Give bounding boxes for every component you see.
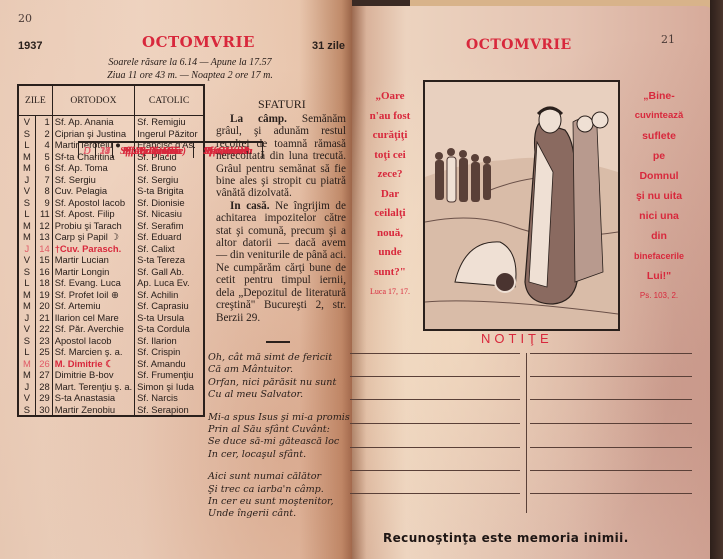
calendar-row: M6Sf. Ap. TomaSf. Bruno	[18, 162, 204, 174]
orthodox-saint: Sf. Ap. Toma	[52, 162, 134, 174]
weekday: S	[18, 404, 35, 416]
calendar-row: M12Probiu şi TarachSf. Serafim	[18, 220, 204, 232]
day-number: 8	[35, 185, 52, 197]
orthodox-saint: †Cuv. Parasch.	[52, 243, 134, 255]
catholic-saint: Ap. Luca Ev.	[135, 277, 204, 289]
calendar-header: ZILE ORTODOX CATOLIC	[18, 85, 204, 116]
day-number: 15	[35, 254, 52, 266]
poem-line: Aici sunt numai călător	[208, 471, 353, 483]
orthodox-saint: Sf. Ap. Anania	[52, 116, 134, 128]
advice-text: La câmp. Semănăm grâul, şi adunăm restul…	[216, 113, 346, 324]
catholic-saint: Sf. Serafim	[135, 220, 204, 232]
advice-home: In casă. Ne îngrijim de achitarea impozi…	[216, 200, 346, 324]
calendar-row: V15Martir LucianS-ta Tereza	[18, 254, 204, 266]
orthodox-saint: Sf. Evang. Luca	[52, 277, 134, 289]
day-number: 6	[35, 162, 52, 174]
day-number: 23	[35, 335, 52, 347]
note-line[interactable]	[530, 470, 692, 471]
calendar-row: J14†Cuv. Parasch.Sf. Calixt	[18, 243, 204, 255]
catholic-saint: S-ta Cordula	[135, 323, 204, 335]
catholic-saint: Sf. Nicasiu	[135, 208, 204, 220]
note-line[interactable]	[530, 353, 692, 354]
day-number: 18	[35, 277, 52, 289]
note-line[interactable]	[350, 376, 520, 377]
orthodox-saint: Martir Lucian	[52, 254, 134, 266]
orthodox-saint: Sf. Artemiu	[52, 300, 134, 312]
day-number: 9	[35, 197, 52, 209]
day-number: 22	[35, 323, 52, 335]
catholic-saint: S-ta Tereza	[135, 254, 204, 266]
catholic-saint: Sf. Caprasiu	[135, 300, 204, 312]
verse-line: şi nu uita	[620, 186, 698, 206]
orthodox-saint: Martir Zenobiu	[52, 404, 134, 416]
weekday: M	[18, 231, 35, 243]
weekday: M	[18, 151, 35, 163]
weekday: L	[18, 346, 35, 358]
calendar-row: J28Mart. Terenţiu ş. a.Simon şi Iuda	[18, 381, 204, 393]
catholic-saint: Ingerul Păzitor	[135, 128, 204, 140]
month-title-right: OCTOMVRIE	[466, 37, 572, 53]
weekday: S	[18, 128, 35, 140]
calendar-table: ZILE ORTODOX CATOLIC V1Sf. Ap. AnaniaSf.…	[17, 84, 205, 417]
day-number: 1	[35, 116, 52, 128]
verse-line: unde	[358, 243, 422, 263]
catholic-saint: Sf. Narcis	[135, 392, 204, 404]
notes-title: NOTIŢE	[481, 331, 553, 346]
note-line[interactable]	[350, 423, 520, 424]
verse-line: cuvintează	[620, 106, 698, 126]
note-line[interactable]	[350, 399, 520, 400]
orthodox-saint: Sf. Profet Ioil ⊕	[52, 289, 134, 301]
weekday: M	[18, 369, 35, 381]
advice-field: La câmp. Semănăm grâul, şi adunăm restul…	[216, 113, 346, 200]
catholic-saint: S-ta Ursula	[135, 312, 204, 324]
advice-field-label: La câmp.	[230, 113, 287, 125]
weekday: J	[18, 312, 35, 324]
verse-line: Domnul	[620, 166, 698, 186]
orthodox-saint: Martir Longin	[52, 266, 134, 278]
orthodox-saint: Sf. Marcien ş. a.	[52, 346, 134, 358]
weekday: J	[18, 381, 35, 393]
day-number: 16	[35, 266, 52, 278]
orthodox-saint: S-ta Anastasia	[52, 392, 134, 404]
calendar-row: L11Sf. Apost. FilipSf. Nicasiu	[18, 208, 204, 220]
verse-line: suflete	[620, 126, 698, 146]
day-number: 29	[35, 392, 52, 404]
verse-line: „Bine-	[620, 86, 698, 106]
verse-line: zece?	[358, 165, 422, 185]
calendar-row: V8Cuv. PelagiaS-ta Brigita	[18, 185, 204, 197]
poem-line: Orfan, nici părăsit nu sunt	[208, 377, 353, 389]
note-line[interactable]	[350, 493, 520, 494]
orthodox-saint: Sf. Păr. Averchie	[52, 323, 134, 335]
orthodox-saint: Ilarion cel Mare	[52, 312, 134, 324]
weekday: L	[18, 277, 35, 289]
weekday: M	[18, 289, 35, 301]
advice-field-text: Semănăm grâul, şi adunăm restul recoltei…	[216, 113, 346, 199]
orthodox-saint: Sf. Apost. Filip	[52, 208, 134, 220]
catholic-saint: Sf. Crispin	[135, 346, 204, 358]
orthodox-saint: Cuv. Pelagia	[52, 185, 134, 197]
day-number: 12	[35, 220, 52, 232]
verse-line: din	[620, 226, 698, 246]
catholic-saint: S-ta Brigita	[135, 185, 204, 197]
calendar-row: V29S-ta AnastasiaSf. Narcis	[18, 392, 204, 404]
divider	[266, 341, 290, 343]
calendar-row: M13Carp şi Papil ☽Sf. Eduard	[18, 231, 204, 243]
orthodox-saint: Carp şi Papil ☽	[52, 231, 134, 243]
motto: Recunoştinţa este memoria inimii.	[383, 531, 629, 545]
orthodox-saint: Ciprian şi Justina	[52, 128, 134, 140]
orthodox-saint: Probiu şi Tarach	[52, 220, 134, 232]
calendar-row: S9Sf. Apostol IacobSf. Dionisie	[18, 197, 204, 209]
note-line[interactable]	[350, 447, 520, 448]
day-number: 4	[35, 139, 52, 151]
poem-line: Oh, cât mă simt de fericit	[208, 352, 353, 364]
catholic-saint: Simon şi Iuda	[135, 381, 204, 393]
weekday: M	[18, 358, 35, 370]
day-number: 26	[35, 358, 52, 370]
calendar-row: M26M. Dimitrie ☾Sf. Amandu	[18, 358, 204, 370]
weekday: S	[18, 197, 35, 209]
note-line[interactable]	[530, 493, 692, 494]
weekday: D	[79, 142, 96, 158]
verse-line: nouă,	[358, 224, 422, 244]
verse-psalm: „Bine- cuvintează suflete pe Domnul şi n…	[620, 86, 698, 306]
catholic-saint: Sf. Frumenţiu	[135, 369, 204, 381]
catholic-saint: Sf. Achilin	[135, 289, 204, 301]
poem-line: Se duce să-mi gătească loc	[208, 436, 353, 448]
verse-line: sunt?"	[358, 263, 422, 283]
catholic-saint: Sf. Bruno	[135, 162, 204, 174]
catholic-saint: Sf. Remigiu	[135, 116, 204, 128]
calendar-row: J21Ilarion cel MareS-ta Ursula	[18, 312, 204, 324]
weekday: V	[18, 254, 35, 266]
advice-title: SFATURI	[258, 97, 306, 112]
catholic-saint: Sf. Serapion	[135, 404, 204, 416]
notes-lines	[348, 353, 694, 518]
illustration	[423, 80, 620, 331]
sunrise-line: Soarele răsare la 6.14 — Apune la 17.57	[60, 56, 320, 69]
verse-line: Lui!"	[620, 266, 698, 286]
note-line[interactable]	[350, 470, 520, 471]
poem-line: Mi-a spus Isus şi mi-a promis	[208, 412, 353, 424]
note-line[interactable]	[530, 399, 692, 400]
verse-line: Dar	[358, 185, 422, 205]
calendar-row: S30Martir ZenobiuSf. Serapion	[18, 404, 204, 416]
day-number: 30	[35, 404, 52, 416]
verse-line: toţi cei	[358, 146, 422, 166]
poem-stanza: Aici sunt numai călător Şi trec ca iarba…	[208, 471, 353, 521]
weekday: J	[18, 174, 35, 186]
page-number-left: 20	[18, 12, 32, 25]
calendar-row: M27Dimitrie B-bovSf. Frumenţiu	[18, 369, 204, 381]
poem-line: Că am Mântuitor.	[208, 364, 353, 376]
catholic-saint: Sf. Gall Ab.	[135, 266, 204, 278]
note-line[interactable]	[530, 423, 692, 424]
orthodox-saint: Sf. Ap. Stachie	[113, 142, 194, 158]
day-number: 5	[35, 151, 52, 163]
sun-times: Soarele răsare la 6.14 — Apune la 17.57 …	[60, 56, 320, 82]
weekday: M	[18, 162, 35, 174]
catholic-saint: Sf. Dionisie	[135, 197, 204, 209]
poem-line: In cer eu sunt moştenitor,	[208, 496, 353, 508]
verse-line: „Oare	[358, 87, 422, 107]
header-zile: ZILE	[18, 85, 52, 116]
calendar-row: S16Martir LonginSf. Gall Ab.	[18, 266, 204, 278]
verse-reference: Luca 17, 17.	[358, 282, 422, 302]
day-number: 25	[35, 346, 52, 358]
catholic-saint: Sf. Amandu	[135, 358, 204, 370]
page-number-right: 21	[661, 33, 675, 46]
calendar-row: V22Sf. Păr. AverchieS-ta Cordula	[18, 323, 204, 335]
day-number: 21	[35, 312, 52, 324]
year-label: 1937	[18, 40, 42, 52]
weekday: L	[18, 208, 35, 220]
verse-reference: Ps. 103, 2.	[620, 286, 698, 306]
orthodox-saint: Mart. Terenţiu ş. a.	[52, 381, 134, 393]
weekday: V	[18, 392, 35, 404]
verse-luke: „Oare n'au fost curăţiţi toţi cei zece? …	[358, 87, 422, 302]
illustration-jesus-lepers-icon	[425, 82, 618, 329]
header-catolic: CATOLIC	[135, 85, 204, 116]
note-line[interactable]	[530, 376, 692, 377]
weekday: S	[18, 266, 35, 278]
weekday: S	[18, 335, 35, 347]
verse-line: nici una	[620, 206, 698, 226]
orthodox-saint: M. Dimitrie ☾	[52, 358, 134, 370]
day-number: 31	[96, 142, 113, 158]
verse-line: n'au fost	[358, 107, 422, 127]
orthodox-saint: Apostol Iacob	[52, 335, 134, 347]
poem-stanza: Mi-a spus Isus şi mi-a promis Prin al Să…	[208, 412, 353, 462]
poem: Oh, cât mă simt de fericit Că am Mântuit…	[208, 352, 353, 531]
poem-line: Unde îngerii cânt.	[208, 508, 353, 520]
weekday: M	[18, 300, 35, 312]
poem-line: In cer, locaşul sfânt.	[208, 449, 353, 461]
header-ortodox: ORTODOX	[52, 85, 134, 116]
day-number: 20	[35, 300, 52, 312]
calendar-row: M20Sf. ArtemiuSf. Caprasiu	[18, 300, 204, 312]
calendar-row: M19Sf. Profet Ioil ⊕Sf. Achilin	[18, 289, 204, 301]
weekday: J	[18, 243, 35, 255]
day-number: 7	[35, 174, 52, 186]
catholic-saint: Sf. Eduard	[135, 231, 204, 243]
day-number: 28	[35, 381, 52, 393]
catholic-saint: Sf. Ilarion	[135, 335, 204, 347]
month-title-left: OCTOMVRIE	[142, 33, 255, 51]
calendar-row: S2Ciprian şi JustinaIngerul Păzitor	[18, 128, 204, 140]
catholic-saint: Sf. Sergiu	[135, 174, 204, 186]
poem-line: Şi trec ca iarba'n câmp.	[208, 484, 353, 496]
orthodox-saint: Sf. Apostol Iacob	[52, 197, 134, 209]
day-number: 19	[35, 289, 52, 301]
calendar-row: L18Sf. Evang. LucaAp. Luca Ev.	[18, 277, 204, 289]
poem-stanza: Oh, cât mă simt de fericit Că am Mântuit…	[208, 352, 353, 402]
weekday: M	[18, 220, 35, 232]
note-line[interactable]	[350, 353, 520, 354]
catholic-saint: Sf. Calixt	[135, 243, 204, 255]
orthodox-saint: Sf. Sergiu	[52, 174, 134, 186]
verse-line: ceilalţi	[358, 204, 422, 224]
note-line[interactable]	[530, 447, 692, 448]
day-number: 11	[35, 208, 52, 220]
orthodox-saint: Dimitrie B-bov	[52, 369, 134, 381]
book-edge	[710, 0, 723, 559]
notes-column-divider	[526, 353, 527, 513]
advice-home-label: In casă.	[230, 200, 270, 212]
day-number: 13	[35, 231, 52, 243]
verse-line: curăţiţi	[358, 126, 422, 146]
calendar-row: J7Sf. SergiuSf. Sergiu	[18, 174, 204, 186]
calendar-row: S23Apostol IacobSf. Ilarion	[18, 335, 204, 347]
weekday: V	[18, 323, 35, 335]
calendar-row: V1Sf. Ap. AnaniaSf. Remigiu	[18, 116, 204, 128]
advice-home-text: Ne îngrijim de achitarea impozitelor căt…	[216, 200, 346, 324]
verse-line: binefacerile	[620, 246, 698, 266]
day-number: 14	[35, 243, 52, 255]
calendar-row: L25Sf. Marcien ş. a.Sf. Crispin	[18, 346, 204, 358]
day-number: 27	[35, 369, 52, 381]
calendar-body: V1Sf. Ap. AnaniaSf. RemigiuS2Ciprian şi …	[18, 116, 204, 417]
weekday: V	[18, 116, 35, 128]
poem-line: Prin al Său sfânt Cuvânt:	[208, 424, 353, 436]
days-count: 31 zile	[312, 40, 345, 52]
poem-line: Cu al meu Salvator.	[208, 389, 353, 401]
verse-line: pe	[620, 146, 698, 166]
weekday: V	[18, 185, 35, 197]
weekday: L	[18, 139, 35, 151]
daylight-line: Ziua 11 ore 43 m. — Noaptea 2 ore 17 m.	[60, 69, 320, 82]
day-number: 2	[35, 128, 52, 140]
